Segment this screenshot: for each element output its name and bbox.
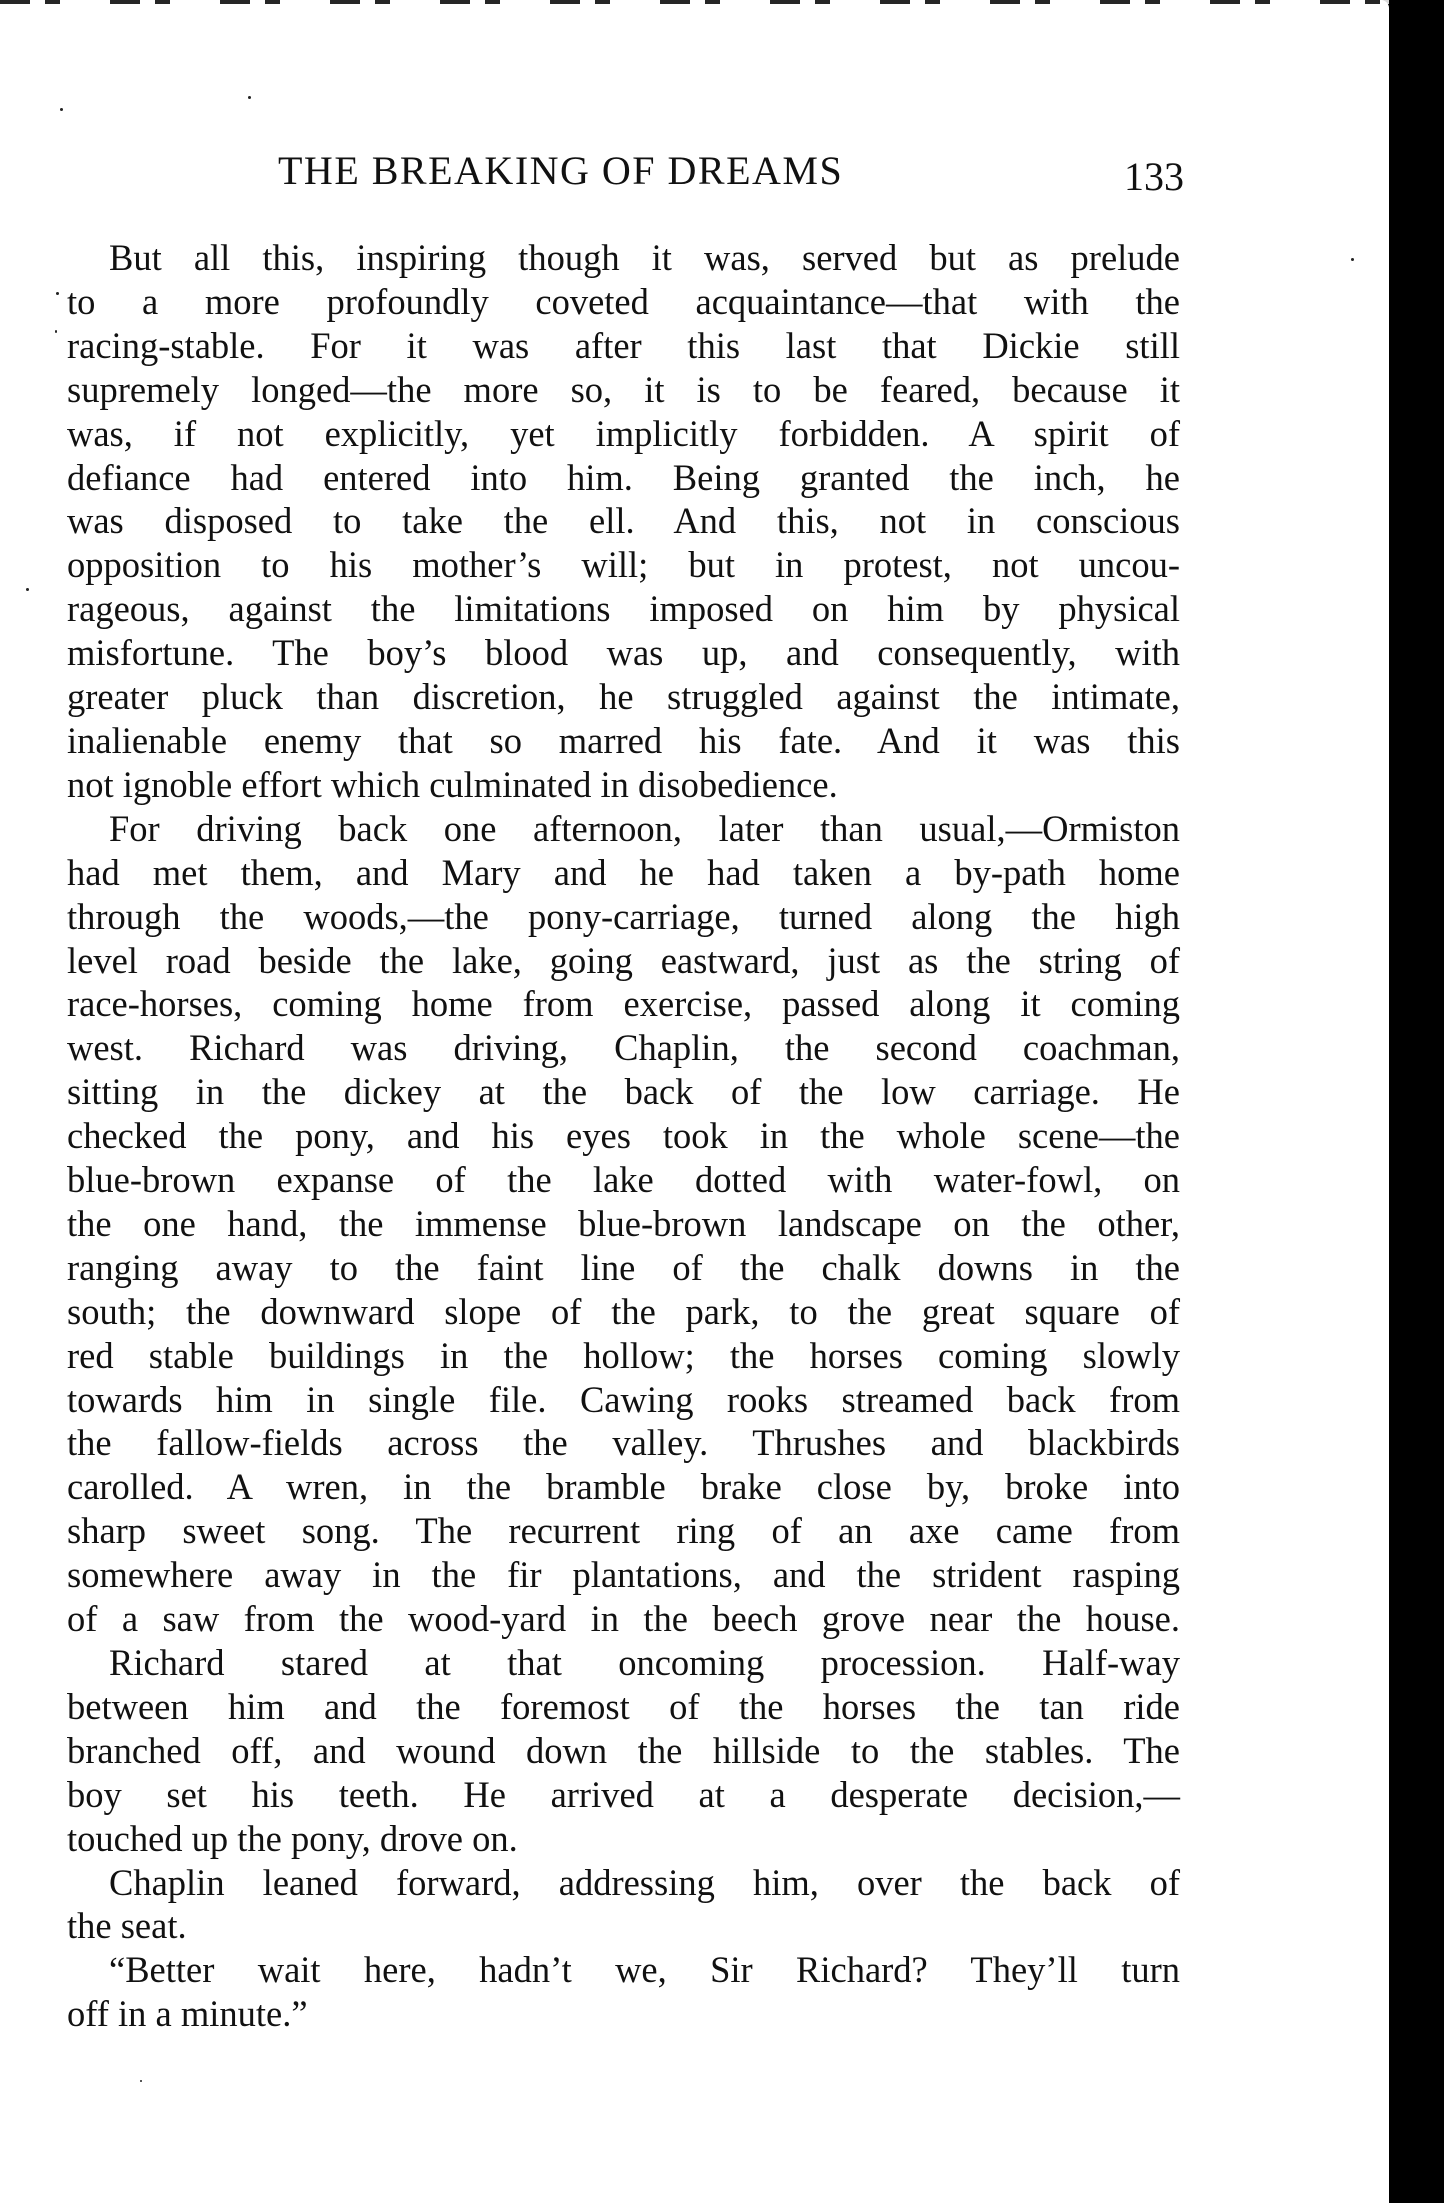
scan-top-edge <box>0 0 1389 4</box>
text-line: to a more profoundly coveted acquaintanc… <box>67 280 1180 324</box>
text-line: the fallow-fields across the valley. Thr… <box>67 1421 1180 1465</box>
scan-speck <box>55 330 57 333</box>
scan-speck <box>26 588 29 591</box>
running-title: THE BREAKING OF DREAMS <box>278 146 843 196</box>
text-line: sharp sweet song. The recurrent ring of … <box>67 1509 1180 1553</box>
text-line: south; the downward slope of the park, t… <box>67 1290 1180 1334</box>
paragraph: Richard stared at that oncoming processi… <box>67 1641 1180 1861</box>
text-line: racing-stable. For it was after this las… <box>67 324 1180 368</box>
scan-speck <box>140 2080 142 2082</box>
text-line: red stable buildings in the hollow; the … <box>67 1334 1180 1378</box>
text-line: “Better wait here, hadn’t we, Sir Richar… <box>67 1948 1180 1992</box>
text-line: rageous, against the limitations imposed… <box>67 587 1180 631</box>
text-line: was, if not explicitly, yet implicitly f… <box>67 412 1180 456</box>
text-line: Richard stared at that oncoming processi… <box>67 1641 1180 1685</box>
paragraph: “Better wait here, hadn’t we, Sir Richar… <box>67 1948 1180 2036</box>
text-line: was disposed to take the ell. And this, … <box>67 499 1180 543</box>
scan-speck <box>1351 258 1354 261</box>
text-line: greater pluck than discretion, he strugg… <box>67 675 1180 719</box>
text-line: inalienable enemy that so marred his fat… <box>67 719 1180 763</box>
text-line: off in a minute.” <box>67 1992 1180 2036</box>
text-line: had met them, and Mary and he had taken … <box>67 851 1180 895</box>
text-line: But all this, inspiring though it was, s… <box>67 236 1180 280</box>
book-page: THE BREAKING OF DREAMS 133 But all this,… <box>0 0 1389 2203</box>
text-line: branched off, and wound down the hillsid… <box>67 1729 1180 1773</box>
text-line: through the woods,—the pony-carriage, tu… <box>67 895 1180 939</box>
text-line: between him and the foremost of the hors… <box>67 1685 1180 1729</box>
text-line: blue-brown expanse of the lake dotted wi… <box>67 1158 1180 1202</box>
page-number: 133 <box>1124 152 1184 202</box>
text-line: touched up the pony, drove on. <box>67 1817 1180 1861</box>
text-line: opposition to his mother’s will; but in … <box>67 543 1180 587</box>
scan-speck <box>60 108 63 111</box>
scan-speck <box>248 96 251 99</box>
text-line: race-horses, coming home from exercise, … <box>67 982 1180 1026</box>
text-line: carolled. A wren, in the bramble brake c… <box>67 1465 1180 1509</box>
text-line: towards him in single file. Cawing rooks… <box>67 1378 1180 1422</box>
paragraph: Chaplin leaned forward, addressing him, … <box>67 1861 1180 1949</box>
running-head: THE BREAKING OF DREAMS 133 <box>0 146 1389 196</box>
text-line: level road beside the lake, going eastwa… <box>67 939 1180 983</box>
text-line: the seat. <box>67 1904 1180 1948</box>
text-line: defiance had entered into him. Being gra… <box>67 456 1180 500</box>
paragraph: But all this, inspiring though it was, s… <box>67 236 1180 807</box>
text-line: misfortune. The boy’s blood was up, and … <box>67 631 1180 675</box>
scan-border-right <box>1389 0 1444 2203</box>
scan-speck <box>56 292 59 295</box>
text-line: ranging away to the faint line of the ch… <box>67 1246 1180 1290</box>
text-line: of a saw from the wood-yard in the beech… <box>67 1597 1180 1641</box>
text-line: boy set his teeth. He arrived at a despe… <box>67 1773 1180 1817</box>
text-line: somewhere away in the fir plantations, a… <box>67 1553 1180 1597</box>
body-text: But all this, inspiring though it was, s… <box>67 236 1180 2036</box>
text-line: west. Richard was driving, Chaplin, the … <box>67 1026 1180 1070</box>
text-line: not ignoble effort which culminated in d… <box>67 763 1180 807</box>
paragraph: For driving back one afternoon, later th… <box>67 807 1180 1641</box>
text-line: supremely longed—the more so, it is to b… <box>67 368 1180 412</box>
text-line: checked the pony, and his eyes took in t… <box>67 1114 1180 1158</box>
text-line: For driving back one afternoon, later th… <box>67 807 1180 851</box>
text-line: the one hand, the immense blue-brown lan… <box>67 1202 1180 1246</box>
text-line: Chaplin leaned forward, addressing him, … <box>67 1861 1180 1905</box>
text-line: sitting in the dickey at the back of the… <box>67 1070 1180 1114</box>
